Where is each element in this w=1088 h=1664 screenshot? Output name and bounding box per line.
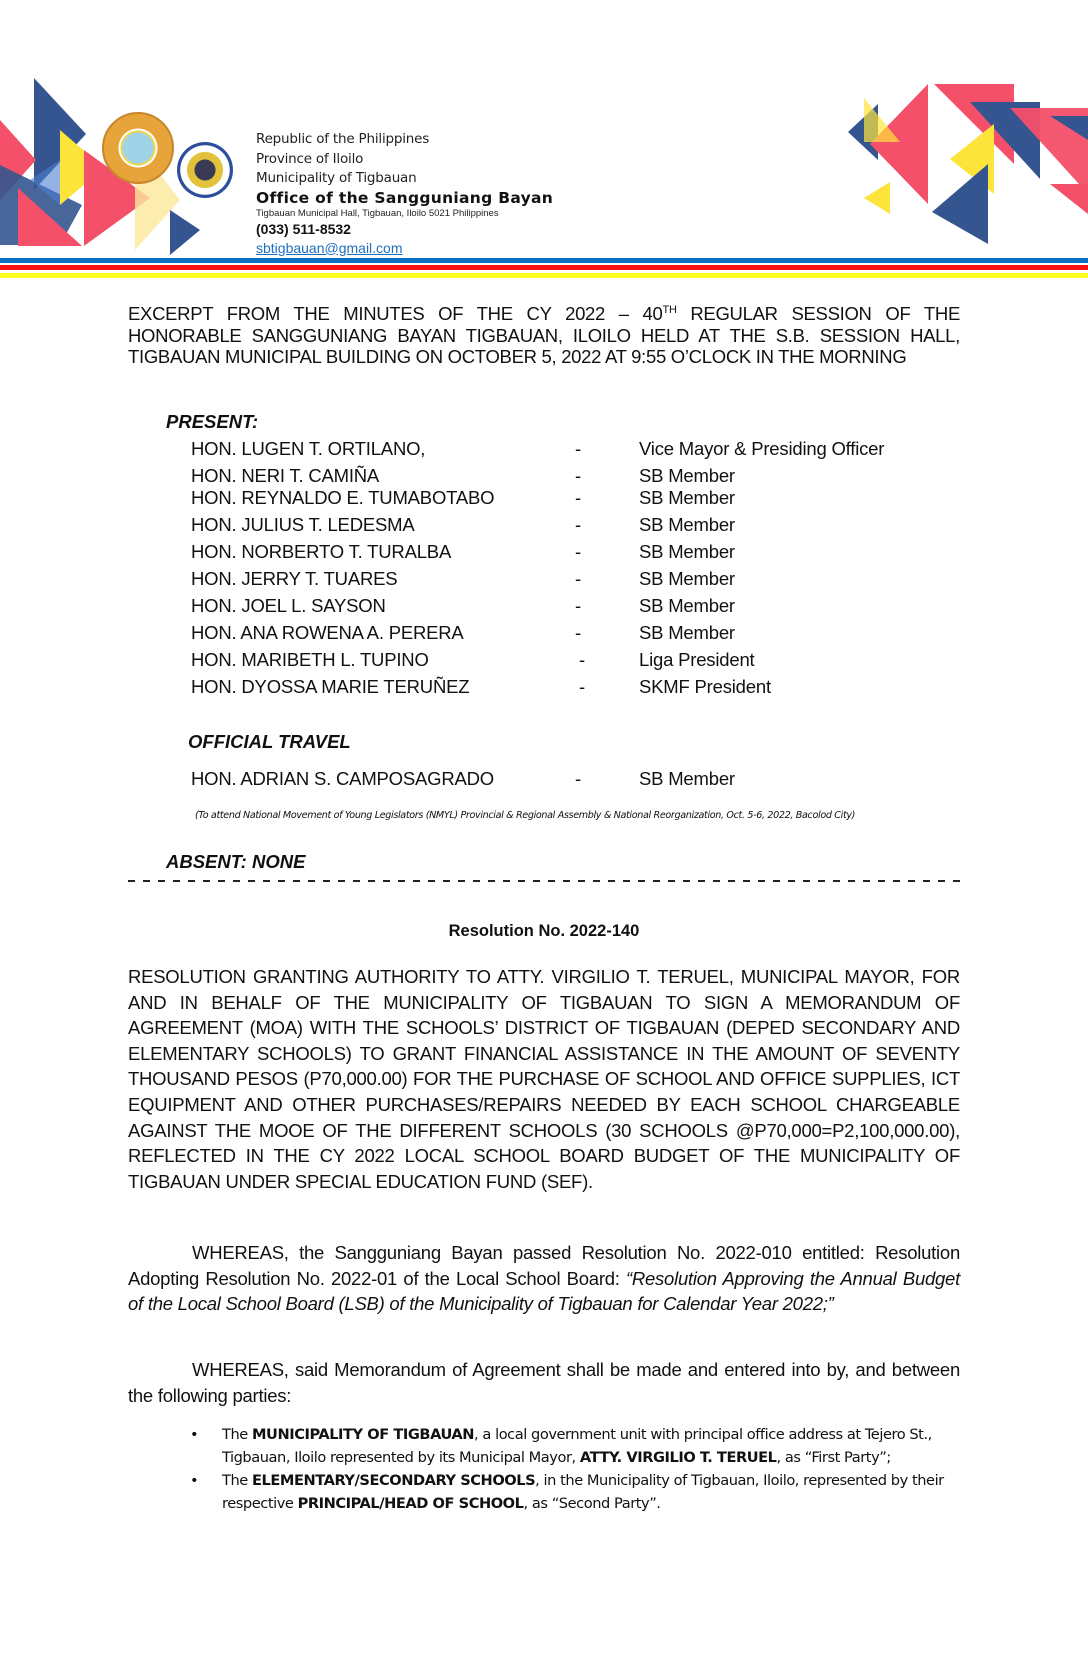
- separator-dash: -: [575, 438, 581, 460]
- excerpt-text-part1: EXCERPT FROM THE MINUTES OF THE CY 2022 …: [128, 303, 663, 324]
- letterhead: Republic of the Philippines Province of …: [0, 0, 1088, 290]
- resolution-title-text: RESOLUTION GRANTING AUTHORITY TO ATTY. V…: [128, 966, 960, 1192]
- member-name: HON. REYNALDO E. TUMABOTABO: [191, 487, 494, 509]
- member-position: SB Member: [639, 622, 735, 644]
- whereas-paragraph-2: WHEREAS, said Memorandum of Agreement sh…: [128, 1357, 960, 1408]
- party-name: MUNICIPALITY OF TIGBAUAN: [252, 1426, 474, 1443]
- republic-line: Republic of the Philippines: [256, 130, 553, 150]
- separator-dash: -: [575, 465, 581, 487]
- member-position: SB Member: [639, 568, 735, 590]
- color-bar-blue: [0, 258, 1088, 263]
- party-representative: ATTY. VIRGILIO T. TERUEL: [580, 1449, 777, 1466]
- whereas-paragraph-1: WHEREAS, the Sangguniang Bayan passed Re…: [128, 1240, 960, 1317]
- official-travel-note: (To attend National Movement of Young Le…: [195, 810, 855, 821]
- member-position: SB Member: [639, 595, 735, 617]
- excerpt-ordinal-sup: TH: [663, 304, 677, 316]
- member-name: HON. JULIUS T. LEDESMA: [191, 514, 414, 536]
- color-bar-red: [0, 265, 1088, 270]
- color-bar-yellow: [0, 273, 1088, 278]
- present-heading: PRESENT:: [166, 411, 258, 433]
- absent-heading: ABSENT: NONE: [166, 851, 305, 873]
- party-item-second: •The ELEMENTARY/SECONDARY SCHOOLS, in th…: [128, 1469, 960, 1515]
- office-address: Tigbauan Municipal Hall, Tigbauan, Iloil…: [256, 208, 553, 220]
- resolution-title: RESOLUTION GRANTING AUTHORITY TO ATTY. V…: [128, 964, 960, 1194]
- sangguniang-bayan-seal-icon: [177, 142, 233, 198]
- decorative-triangles-right-icon: [820, 84, 1088, 262]
- member-position: Vice Mayor & Presiding Officer: [639, 438, 884, 460]
- member-name: HON. NERI T. CAMIÑA: [191, 465, 379, 487]
- office-email-link[interactable]: sbtigbauan@gmail.com: [256, 239, 553, 257]
- party-text: The: [222, 1426, 252, 1443]
- member-name: HON. NORBERTO T. TURALBA: [191, 541, 451, 563]
- dashed-divider: [128, 880, 960, 882]
- separator-dash: -: [575, 514, 581, 536]
- member-position: SB Member: [639, 768, 735, 790]
- bullet-icon: •: [190, 1469, 198, 1492]
- municipality-line: Municipality of Tigbauan: [256, 169, 553, 189]
- party-item-first: •The MUNICIPALITY OF TIGBAUAN, a local g…: [128, 1423, 960, 1469]
- member-name: HON. LUGEN T. ORTILANO,: [191, 438, 425, 460]
- party-role: , as “Second Party”.: [523, 1495, 660, 1512]
- member-position: Liga President: [639, 649, 754, 671]
- letterhead-text: Republic of the Philippines Province of …: [256, 130, 553, 257]
- separator-dash: -: [575, 487, 581, 509]
- separator-dash: -: [579, 649, 585, 671]
- parties-list: •The MUNICIPALITY OF TIGBAUAN, a local g…: [128, 1423, 960, 1515]
- province-line: Province of Iloilo: [256, 150, 553, 170]
- separator-dash: -: [579, 676, 585, 698]
- member-position: SKMF President: [639, 676, 771, 698]
- bullet-icon: •: [190, 1423, 198, 1446]
- member-name: HON. ANA ROWENA A. PERERA: [191, 622, 464, 644]
- separator-dash: -: [575, 622, 581, 644]
- member-name: HON. DYOSSA MARIE TERUÑEZ: [191, 676, 469, 698]
- member-name: HON. JERRY T. TUARES: [191, 568, 397, 590]
- resolution-number: Resolution No. 2022-140: [0, 922, 1088, 941]
- member-position: SB Member: [639, 487, 735, 509]
- whereas-2-text: WHEREAS, said Memorandum of Agreement sh…: [128, 1359, 960, 1406]
- party-representative: PRINCIPAL/HEAD OF SCHOOL: [298, 1495, 524, 1512]
- party-role: , as “First Party”;: [777, 1449, 891, 1466]
- member-name: HON. JOEL L. SAYSON: [191, 595, 386, 617]
- separator-dash: -: [575, 768, 581, 790]
- member-name: HON. ADRIAN S. CAMPOSAGRADO: [191, 768, 494, 790]
- member-position: SB Member: [639, 541, 735, 563]
- party-name: ELEMENTARY/SECONDARY SCHOOLS: [252, 1472, 535, 1489]
- member-position: SB Member: [639, 514, 735, 536]
- member-name: HON. MARIBETH L. TUPINO: [191, 649, 429, 671]
- official-travel-heading: OFFICIAL TRAVEL: [188, 731, 351, 753]
- separator-dash: -: [575, 568, 581, 590]
- excerpt-header: EXCERPT FROM THE MINUTES OF THE CY 2022 …: [128, 300, 960, 368]
- municipality-seal-icon: [102, 112, 174, 184]
- member-position: SB Member: [639, 465, 735, 487]
- party-text: The: [222, 1472, 252, 1489]
- office-phone: (033) 511-8532: [256, 220, 553, 239]
- office-title: Office of the Sangguniang Bayan: [256, 189, 553, 208]
- separator-dash: -: [575, 541, 581, 563]
- separator-dash: -: [575, 595, 581, 617]
